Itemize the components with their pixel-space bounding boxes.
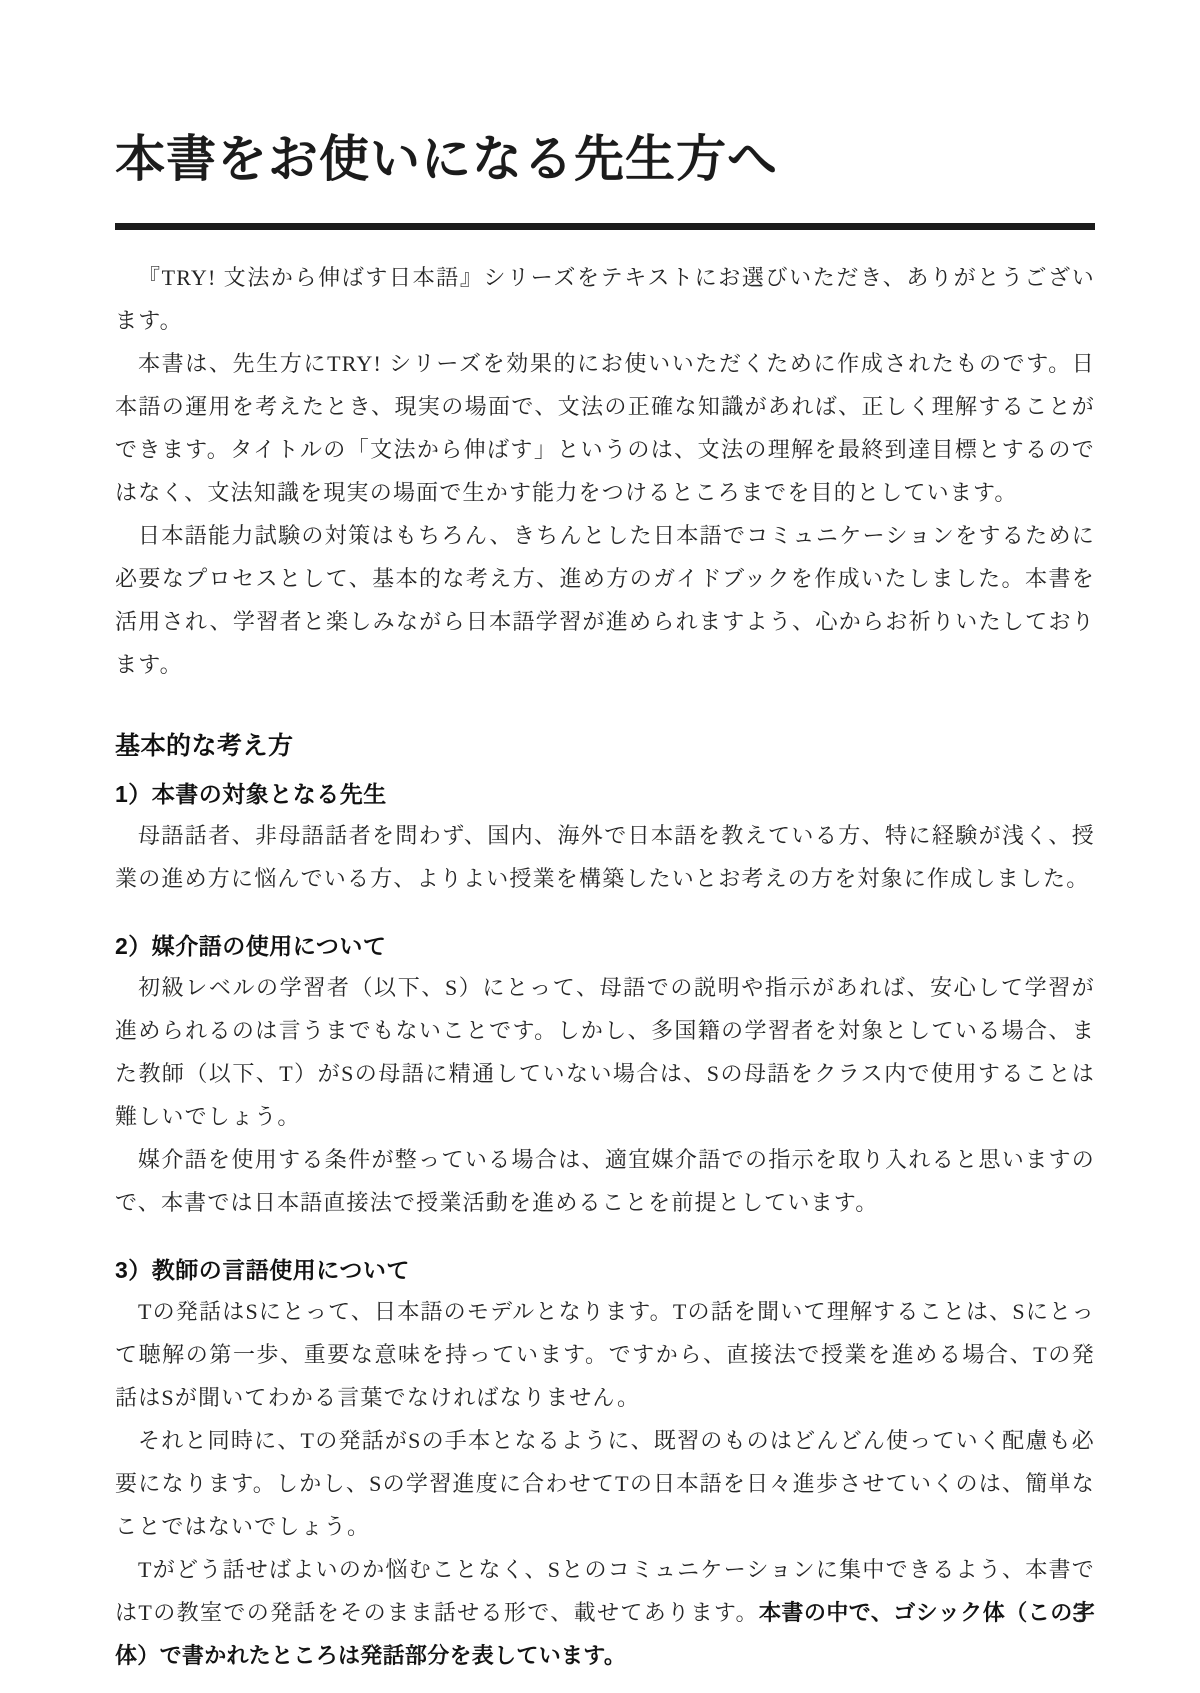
title-underline-rule (115, 223, 1095, 230)
section-heading-basic-approach: 基本的な考え方 (115, 726, 1095, 762)
body-paragraph: 母語話者、非母語話者を問わず、国内、海外で日本語を教えている方、特に経験が浅く、… (115, 814, 1095, 900)
intro-paragraph: 『TRY! 文法から伸ばす日本語』シリーズをテキストにお選びいただき、ありがとう… (115, 256, 1095, 342)
body-paragraph: 媒介語を使用する条件が整っている場合は、適宜媒介語での指示を取り入れると思います… (115, 1138, 1095, 1224)
intro-section: 『TRY! 文法から伸ばす日本語』シリーズをテキストにお選びいただき、ありがとう… (115, 256, 1095, 686)
subsection-intermediary-language: 2）媒介語の使用について 初級レベルの学習者（以下、S）にとって、母語での説明や… (115, 928, 1095, 1224)
subsection-target-teachers: 1）本書の対象となる先生 母語話者、非母語話者を問わず、国内、海外で日本語を教え… (115, 776, 1095, 900)
subsection-heading: 2）媒介語の使用について (115, 928, 1095, 961)
subsection-heading: 3）教師の言語使用について (115, 1252, 1095, 1285)
closing-paragraph: Tがどう話せばよいのか悩むことなく、Sとのコミュニケーションに集中できるよう、本… (115, 1548, 1095, 1677)
intro-paragraph: 日本語能力試験の対策はもちろん、きちんとした日本語でコミュニケーションをするため… (115, 514, 1095, 686)
body-paragraph: Tの発話はSにとって、日本語のモデルとなります。Tの話を聞いて理解することは、S… (115, 1290, 1095, 1419)
subsection-teacher-language-use: 3）教師の言語使用について Tの発話はSにとって、日本語のモデルとなります。Tの… (115, 1252, 1095, 1677)
intro-paragraph: 本書は、先生方にTRY! シリーズを効果的にお使いいただくために作成されたもので… (115, 342, 1095, 514)
body-paragraph: 初級レベルの学習者（以下、S）にとって、母語での説明や指示があれば、安心して学習… (115, 966, 1095, 1138)
body-paragraph: それと同時に、Tの発話がSの手本となるように、既習のものはどんどん使っていく配慮… (115, 1419, 1095, 1548)
document-page: 本書をお使いになる先生方へ 『TRY! 文法から伸ばす日本語』シリーズをテキスト… (115, 0, 1095, 1677)
page-number: 3 (1072, 1598, 1087, 1629)
subsection-heading: 1）本書の対象となる先生 (115, 776, 1095, 809)
page-title: 本書をお使いになる先生方へ (115, 130, 1095, 189)
